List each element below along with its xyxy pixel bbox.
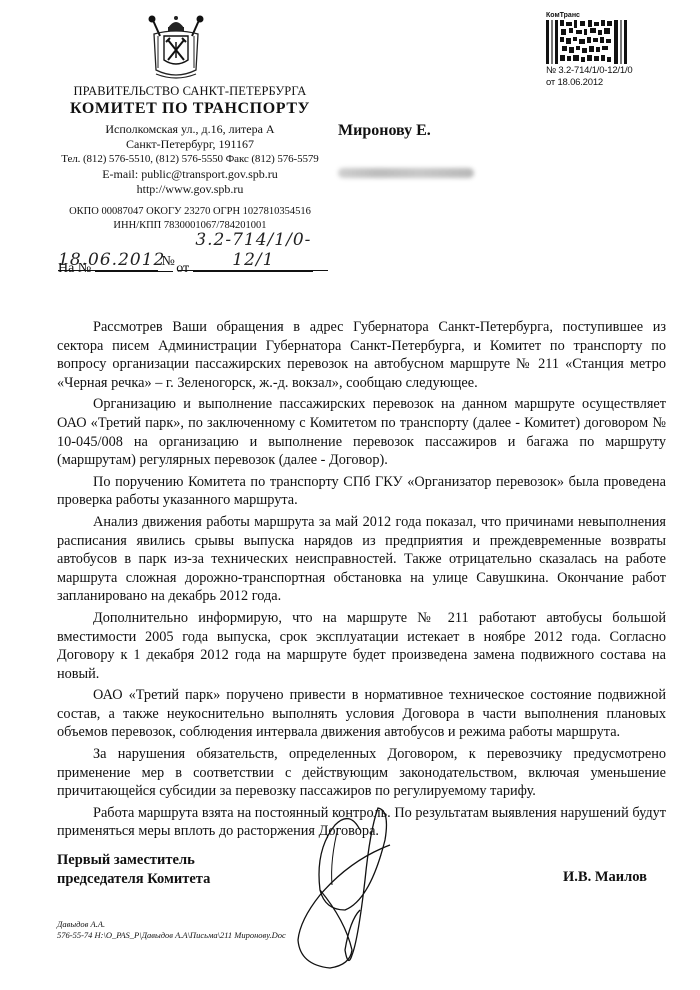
address-line-2: Санкт-Петербург, 191167 (50, 137, 330, 152)
signatory-title-line-1: Первый заместитель (57, 851, 210, 870)
file-path: 576-55-74 H:\O_PAS_P\Давыдов А.А\Письма\… (57, 930, 286, 941)
codes-line-1: ОКПО 00087047 ОКОГУ 23270 ОГРН 102781035… (50, 205, 330, 219)
government-name: ПРАВИТЕЛЬСТВО САНКТ-ПЕТЕРБУРГА (50, 84, 330, 99)
stamp-label: КомТранс (546, 12, 666, 19)
coat-of-arms-icon (146, 14, 206, 82)
committee-name: КОМИТЕТ ПО ТРАНСПОРТУ (50, 100, 330, 118)
website-line: http://www.gov.spb.ru (50, 182, 330, 197)
letter-body: Рассмотрев Ваши обращения в адрес Губерн… (57, 318, 666, 844)
body-paragraph: За нарушения обязательств, определенных … (57, 745, 666, 801)
outgoing-registration: 18.06.2012 № 3.2-714/1/0-12/1 (58, 230, 358, 254)
handwritten-signature-icon (290, 800, 400, 980)
recipient-name: Миронову Е. (338, 122, 431, 140)
registration-stamp: КомТранс (546, 12, 666, 88)
body-paragraph: Организацию и выполнение пассажирских пе… (57, 395, 666, 469)
ref-from-label: от (176, 261, 189, 276)
reference-line: На № от (58, 259, 313, 277)
ref-date-blank (193, 259, 313, 272)
signatory-title-line-2: председателя Комитета (57, 870, 210, 889)
executor-footer: Давыдов А.А. 576-55-74 H:\O_PAS_P\Давыдо… (57, 919, 286, 941)
signatory-title: Первый заместитель председателя Комитета (57, 851, 210, 889)
barcode-icon (546, 20, 628, 64)
letterhead: ПРАВИТЕЛЬСТВО САНКТ-ПЕТЕРБУРГА КОМИТЕТ П… (50, 84, 330, 233)
recipient-email-redacted (338, 168, 474, 178)
body-paragraph: Анализ движения работы маршрута за май 2… (57, 513, 666, 606)
stamp-number: № 3.2-714/1/0-12/1/0 (546, 65, 666, 76)
body-paragraph: ОАО «Третий парк» поручено привести в но… (57, 686, 666, 742)
stamp-date: от 18.06.2012 (546, 77, 666, 88)
address-line-1: Исполкомская ул., д.16, литера А (50, 122, 330, 137)
executor-name: Давыдов А.А. (57, 919, 286, 930)
body-paragraph: Рассмотрев Ваши обращения в адрес Губерн… (57, 318, 666, 392)
body-paragraph: Дополнительно информирую, что на маршрут… (57, 609, 666, 683)
address-block: Исполкомская ул., д.16, литера А Санкт-П… (50, 122, 330, 197)
phone-fax-line: Тел. (812) 576-5510, (812) 576-5550 Факс… (50, 152, 330, 167)
email-line: E-mail: public@transport.gov.spb.ru (50, 167, 330, 182)
body-paragraph: По поручению Комитета по транспорту СПб … (57, 473, 666, 510)
ref-number-label: На № (58, 261, 91, 276)
signatory-name: И.В. Маилов (563, 869, 647, 886)
registry-codes: ОКПО 00087047 ОКОГУ 23270 ОГРН 102781035… (50, 205, 330, 233)
ref-number-blank (95, 259, 173, 272)
